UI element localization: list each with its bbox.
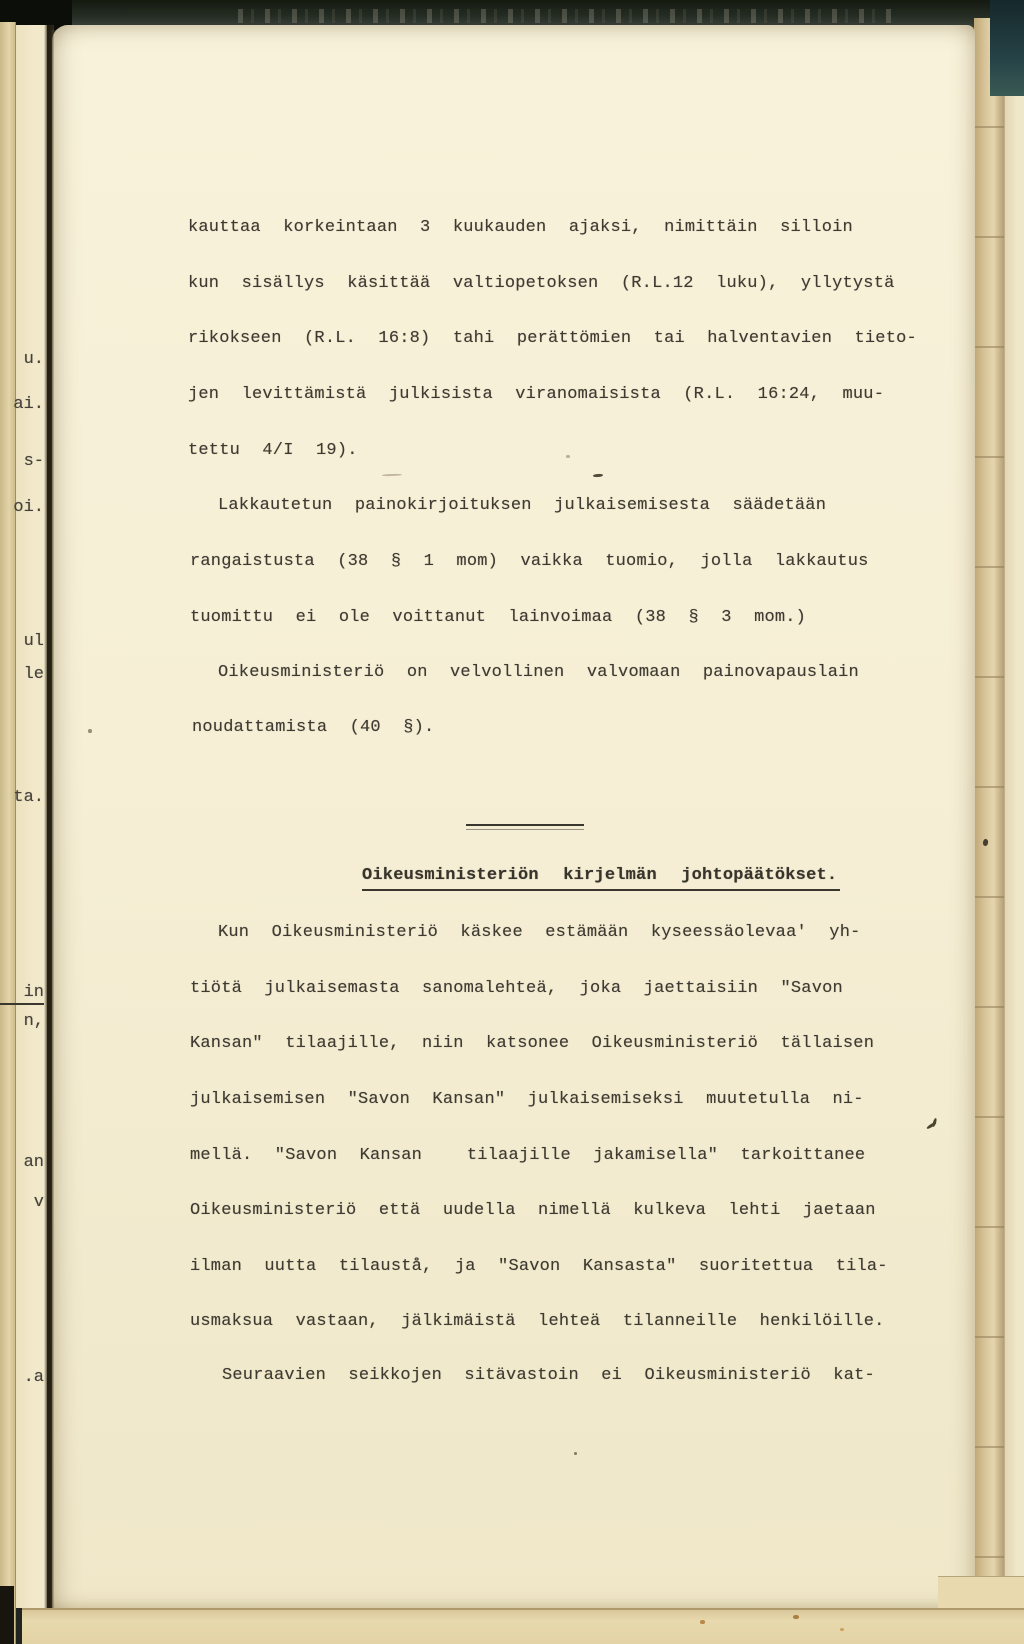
text-line: tiötä julkaisemasta sanomalehteä, joka j… <box>190 978 843 1000</box>
text-line: kun sisällys käsittää valtiopetoksen (R.… <box>188 273 895 295</box>
text-line: Oikeusministeriö että uudella nimellä ku… <box>190 1200 876 1222</box>
ink-speck <box>593 474 603 478</box>
ink-speck <box>88 729 92 733</box>
ink-speck <box>840 1628 844 1631</box>
text-line: ilman uutta tilaustå, ja "Savon Kansasta… <box>190 1256 888 1278</box>
ink-speck <box>382 474 402 477</box>
margin-fragment: oi. <box>0 498 44 517</box>
ink-speck <box>700 1620 705 1624</box>
section-divider <box>466 824 584 830</box>
text-line: Kansan" tilaajille, niin katsonee Oikeus… <box>190 1033 874 1055</box>
text-layer: u.ai.s-oi.ulleta.inn,anv.a Oikeusministe… <box>0 0 1024 1644</box>
text-line: Lakkautetun painokirjoituksen julkaisemi… <box>218 495 826 517</box>
text-line: jen levittämistä julkisista viranomaisis… <box>188 384 884 406</box>
ink-speck <box>793 1615 799 1619</box>
text-line: Seuraavien seikkojen sitävastoin ei Oike… <box>222 1365 875 1387</box>
ink-speck <box>574 1452 577 1455</box>
text-line: mellä. "Savon Kansan tilaajille jakamise… <box>190 1145 865 1167</box>
margin-fragment: n, <box>0 1012 44 1031</box>
text-line: Kun Oikeusministeriö käskee estämään kys… <box>218 922 861 944</box>
ink-speck <box>983 839 989 847</box>
text-line: Oikeusministeriö on velvollinen valvomaa… <box>218 662 859 684</box>
margin-fragment: u. <box>0 350 44 369</box>
margin-fragment: ul <box>0 632 44 651</box>
margin-fragment: ta. <box>0 788 44 807</box>
text-line: usmaksua vastaan, jälkimäistä lehteä til… <box>190 1311 885 1333</box>
text-line: rangaistusta (38 § 1 mom) vaikka tuomio,… <box>190 551 869 573</box>
ink-speck <box>566 455 570 458</box>
text-line: julkaisemisen "Savon Kansan" julkaisemis… <box>190 1089 864 1111</box>
text-line: rikokseen (R.L. 16:8) tahi perättömien t… <box>188 328 917 350</box>
margin-fragment: v <box>0 1193 44 1212</box>
section-heading: Oikeusministeriön kirjelmän johtopäätöks… <box>362 866 840 891</box>
text-line: kauttaa korkeintaan 3 kuukauden ajaksi, … <box>188 217 853 239</box>
margin-fragments: u.ai.s-oi.ulleta.inn,anv.a <box>0 0 46 1644</box>
margin-fragment: s- <box>0 452 44 471</box>
margin-fragment: .a <box>0 1368 44 1387</box>
text-line: tuomittu ei ole voittanut lainvoimaa (38… <box>190 607 806 629</box>
text-line: tettu 4/I 19). <box>188 440 358 462</box>
margin-fragment: an <box>0 1153 44 1172</box>
margin-fragment: in <box>0 983 44 1005</box>
margin-fragment: le <box>0 665 44 684</box>
margin-fragment: ai. <box>0 395 44 414</box>
text-line: noudattamista (40 §). <box>192 717 434 739</box>
scanned-document-page: u.ai.s-oi.ulleta.inn,anv.a Oikeusministe… <box>0 0 1024 1644</box>
